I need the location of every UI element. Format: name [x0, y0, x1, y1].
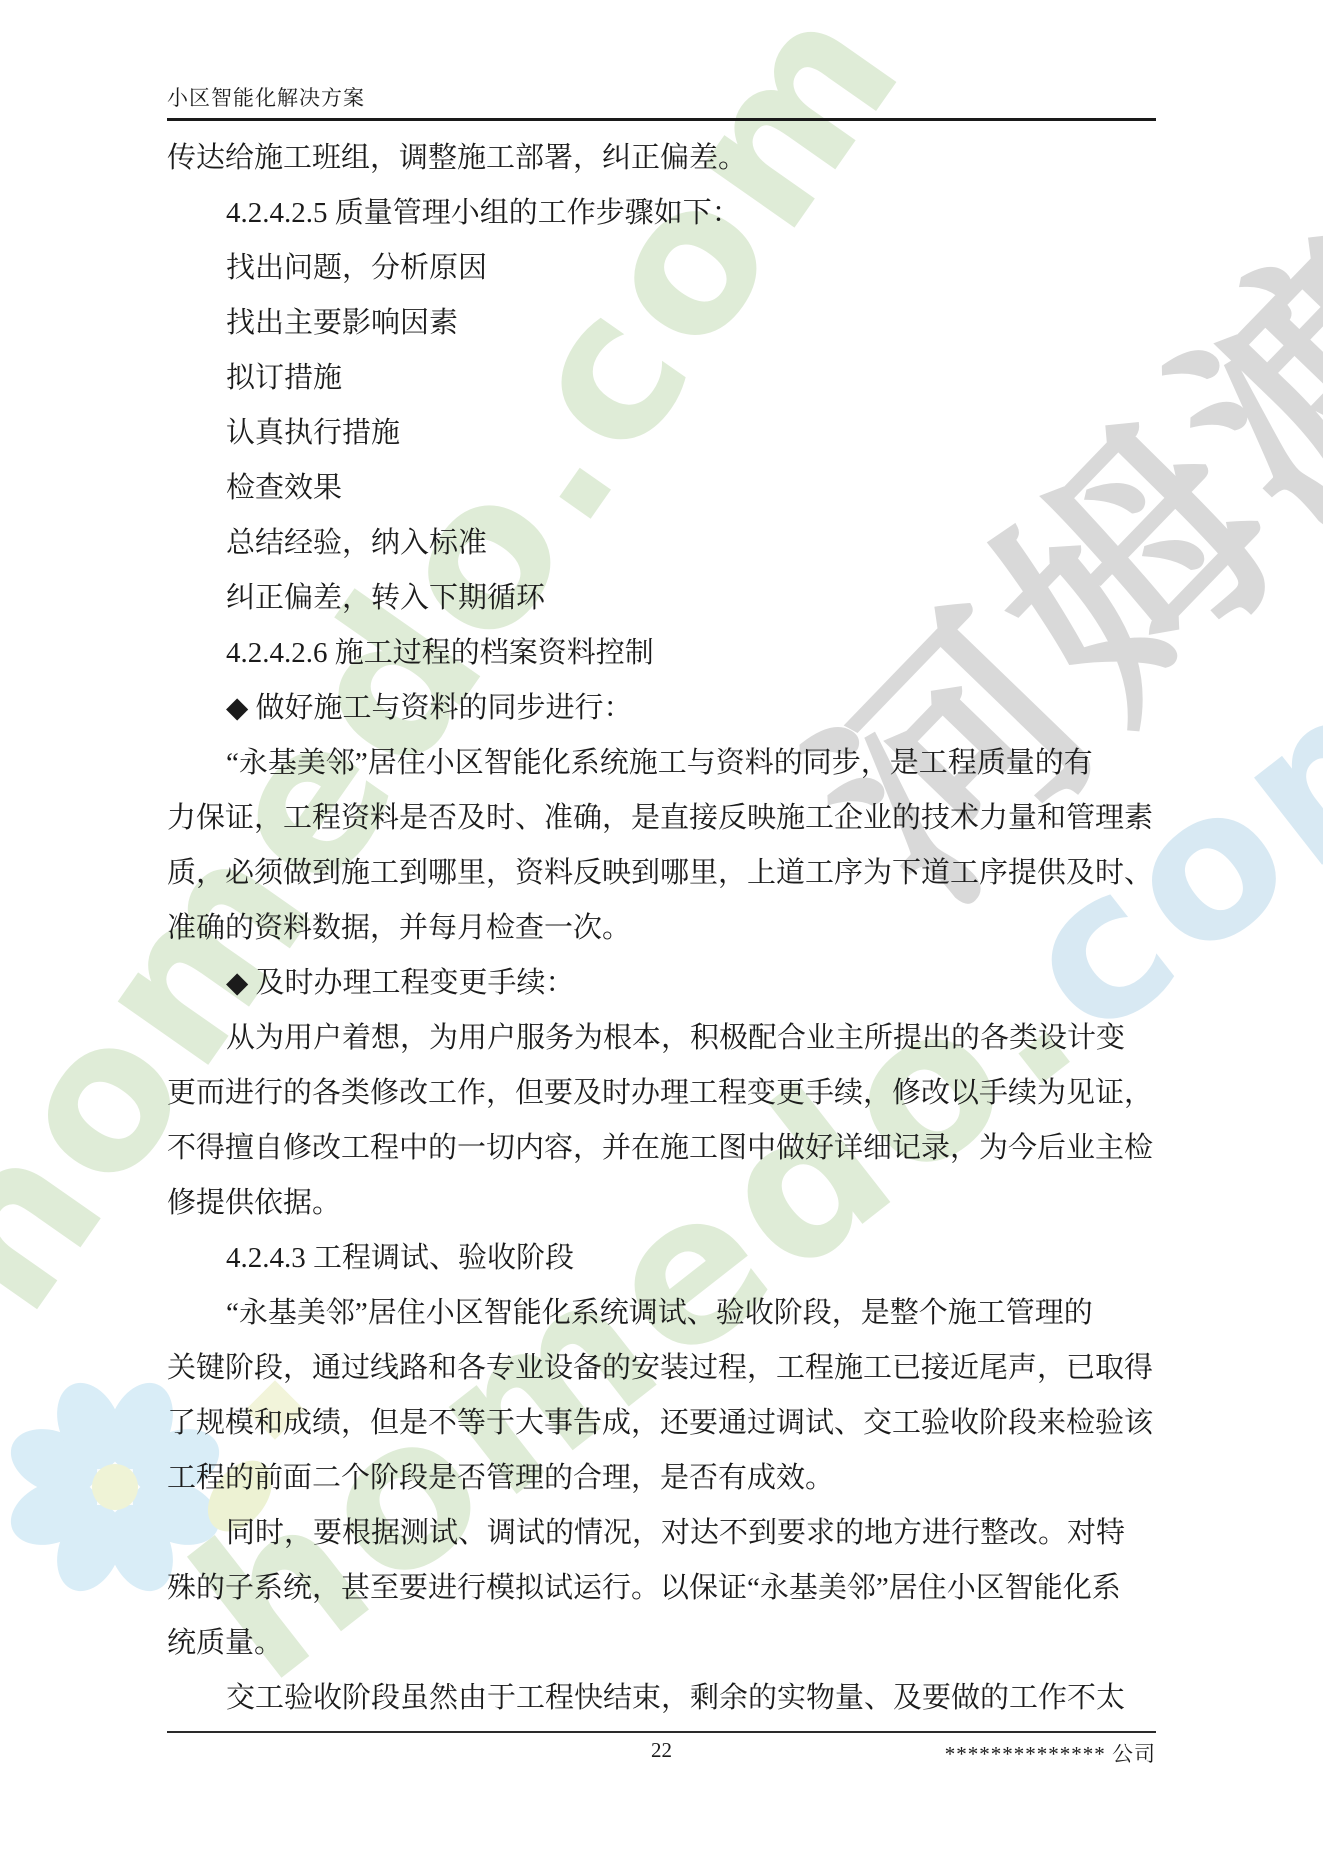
document-body: 传达给施工班组，调整施工部署，纠正偏差。 4.2.4.2.5 质量管理小组的工作… — [167, 131, 1157, 1726]
body-line: “永基美邻”居住小区智能化系统调试、验收阶段，是整个施工管理的 — [167, 1286, 1157, 1341]
document-page: 河姆渡 homedo.com homedo.com 小区智能化解决方案 传达给施… — [0, 0, 1323, 1871]
body-line: 工程的前面二个阶段是否管理的合理，是否有成效。 — [167, 1451, 1157, 1506]
body-line: 质，必须做到施工到哪里，资料反映到哪里，上道工序为下道工序提供及时、 — [167, 846, 1157, 901]
body-line: 交工验收阶段虽然由于工程快结束，剩余的实物量、及要做的工作不太 — [167, 1671, 1157, 1726]
footer-divider — [167, 1731, 1156, 1733]
body-line: 4.2.4.2.5 质量管理小组的工作步骤如下： — [167, 186, 1157, 241]
footer-company: ************** 公司 — [945, 1738, 1156, 1768]
body-line: 认真执行措施 — [167, 406, 1157, 461]
body-line: 检查效果 — [167, 461, 1157, 516]
body-line: ◆ 做好施工与资料的同步进行： — [167, 681, 1157, 736]
body-line: 传达给施工班组，调整施工部署，纠正偏差。 — [167, 131, 1157, 186]
body-line: 纠正偏差，转入下期循环 — [167, 571, 1157, 626]
body-line: 修提供依据。 — [167, 1176, 1157, 1231]
body-line: “永基美邻”居住小区智能化系统施工与资料的同步，是工程质量的有 — [167, 736, 1157, 791]
body-line: 从为用户着想，为用户服务为根本，积极配合业主所提出的各类设计变 — [167, 1011, 1157, 1066]
body-line: ◆ 及时办理工程变更手续： — [167, 956, 1157, 1011]
body-line: 找出问题，分析原因 — [167, 241, 1157, 296]
body-line: 找出主要影响因素 — [167, 296, 1157, 351]
header-divider — [167, 118, 1156, 121]
body-line: 统质量。 — [167, 1616, 1157, 1671]
body-line: 关键阶段，通过线路和各专业设备的安装过程，工程施工已接近尾声，已取得 — [167, 1341, 1157, 1396]
header-title: 小区智能化解决方案 — [167, 82, 365, 112]
body-line: 更而进行的各类修改工作，但要及时办理工程变更手续，修改以手续为见证， — [167, 1066, 1157, 1121]
body-line: 殊的子系统，甚至要进行模拟试运行。以保证“永基美邻”居住小区智能化系 — [167, 1561, 1157, 1616]
body-line: 总结经验，纳入标准 — [167, 516, 1157, 571]
body-line: 拟订措施 — [167, 351, 1157, 406]
body-line: 4.2.4.2.6 施工过程的档案资料控制 — [167, 626, 1157, 681]
body-line: 4.2.4.3 工程调试、验收阶段 — [167, 1231, 1157, 1286]
body-line: 同时，要根据测试、调试的情况，对达不到要求的地方进行整改。对特 — [167, 1506, 1157, 1561]
body-line: 了规模和成绩，但是不等于大事告成，还要通过调试、交工验收阶段来检验该 — [167, 1396, 1157, 1451]
body-line: 准确的资料数据，并每月检查一次。 — [167, 901, 1157, 956]
body-line: 不得擅自修改工程中的一切内容，并在施工图中做好详细记录，为今后业主检 — [167, 1121, 1157, 1176]
body-line: 力保证，工程资料是否及时、准确，是直接反映施工企业的技术力量和管理素 — [167, 791, 1157, 846]
